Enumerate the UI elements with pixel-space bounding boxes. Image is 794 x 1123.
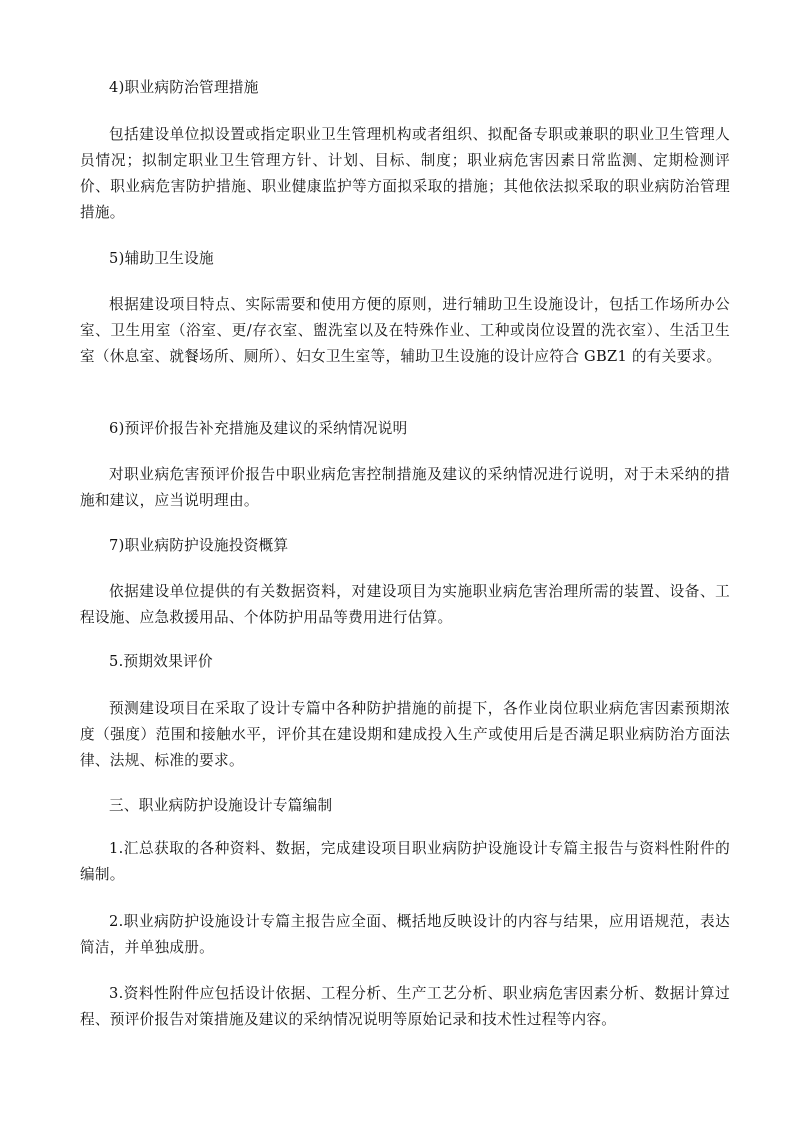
paragraph: 包括建设单位拟设置或指定职业卫生管理机构或者组织、拟配备专职或兼职的职业卫生管理… [80, 122, 730, 226]
section-heading: 6)预评价报告补充措施及建议的采纳情况说明 [80, 416, 730, 442]
paragraph: 预测建设项目在采取了设计专篇中各种防护措施的前提下，各作业岗位职业病危害因素预期… [80, 696, 730, 774]
paragraph: 根据建设项目特点、实际需要和使用方便的原则，进行辅助卫生设施设计，包括工作场所办… [80, 292, 730, 370]
section-heading: 7)职业病防护设施投资概算 [80, 533, 730, 559]
section-heading: 5.预期效果评价 [80, 649, 730, 675]
paragraph: 3.资料性附件应包括设计依据、工程分析、生产工艺分析、职业病危害因素分析、数据计… [80, 981, 730, 1033]
paragraph: 1.汇总获取的各种资料、数据，完成建设项目职业病防护设施设计专篇主报告与资料性附… [80, 836, 730, 888]
section-heading: 4)职业病防治管理措施 [80, 75, 730, 101]
paragraph: 对职业病危害预评价报告中职业病危害控制措施及建议的采纳情况进行说明，对于未采纳的… [80, 462, 730, 514]
paragraph: 2.职业病防护设施设计专篇主报告应全面、概括地反映设计的内容与结果，应用语规范，… [80, 909, 730, 961]
paragraph: 依据建设单位提供的有关数据资料，对建设项目为实施职业病危害治理所需的装置、设备、… [80, 579, 730, 631]
section-heading: 5)辅助卫生设施 [80, 246, 730, 272]
chapter-heading: 三、职业病防护设施设计专篇编制 [80, 793, 730, 819]
